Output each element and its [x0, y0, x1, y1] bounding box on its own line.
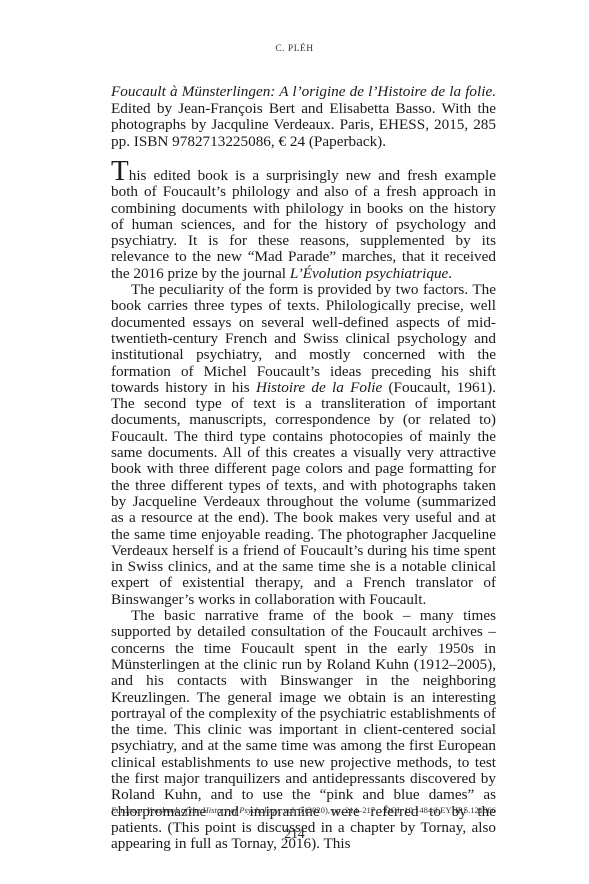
paragraph-3-text: The basic narrative frame of the book – …: [111, 607, 496, 852]
article-body: This edited book is a surprisingly new a…: [111, 163, 496, 852]
review-header: Foucault à Münsterlingen: A l’origine de…: [111, 84, 496, 150]
paragraph-1-end: .: [448, 265, 452, 282]
book-details: Edited by Jean-François Bert and Elisabe…: [111, 100, 496, 150]
paragraph-1: This edited book is a surprisingly new a…: [111, 163, 496, 282]
page-number: 214: [0, 826, 589, 842]
paragraph-2: The peculiarity of the form is provided …: [111, 282, 496, 608]
drop-cap: T: [111, 155, 129, 187]
cited-work-title: Histoire de la Folie: [256, 379, 382, 396]
journal-name: L’Évolution psychiatrique: [290, 265, 448, 282]
footer-journal: European Yearbook of the History of Psyc…: [111, 805, 279, 815]
footer-doi: DOI: 10.1484/J.EYHP.5.121866: [385, 805, 496, 815]
page-footer: European Yearbook of the History of Psyc…: [111, 805, 496, 815]
book-title: Foucault à Münsterlingen: A l’origine de…: [111, 83, 496, 100]
paragraph-3: The basic narrative frame of the book – …: [111, 608, 496, 852]
running-head: C. PLÉH: [0, 44, 589, 54]
paragraph-2-text-b: (Foucault, 1961). The second type of tex…: [111, 379, 496, 608]
footer-volume: , vol. 6 (2020), pp. 214–217: [279, 805, 375, 815]
footer-citation: European Yearbook of the History of Psyc…: [111, 805, 375, 815]
